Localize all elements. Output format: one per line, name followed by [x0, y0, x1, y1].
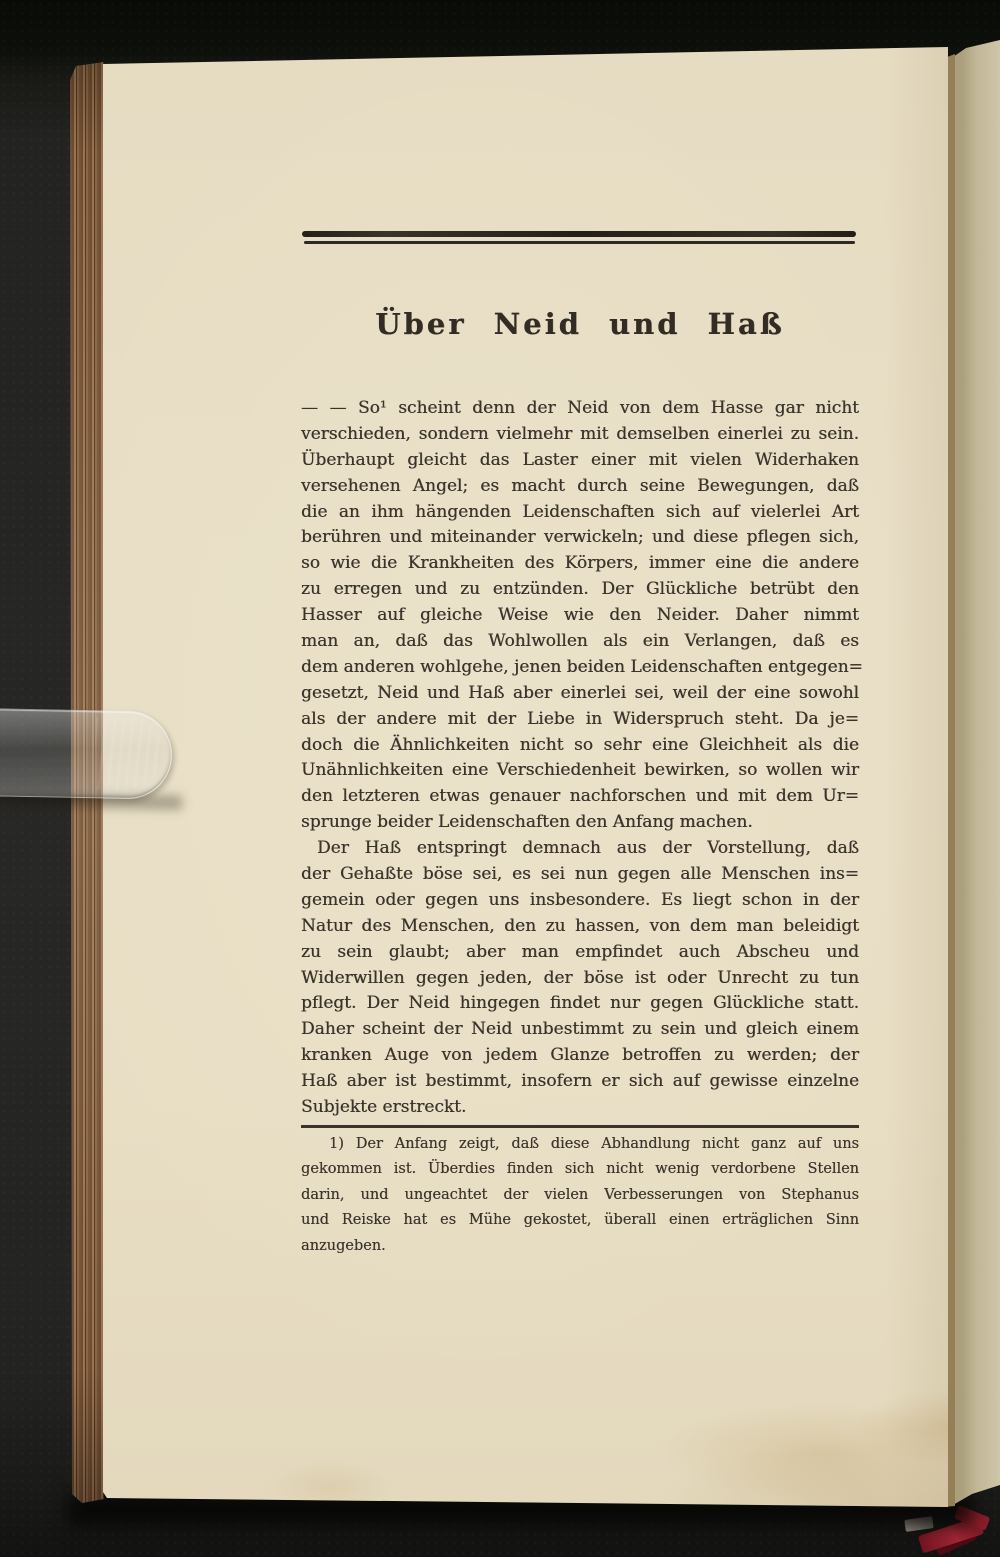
ornamental-rule-thick — [302, 231, 856, 237]
body-line: verschieden, sondern vielmehr mit demsel… — [301, 422, 859, 448]
body-line: kranken Auge von jedem Glanze betroffen … — [301, 1043, 859, 1069]
page-title: Über Neid und Haß — [301, 301, 859, 347]
footnote-rule — [301, 1125, 859, 1128]
body-line: berühren und miteinander verwickeln; und… — [301, 525, 859, 551]
body-line: versehenen Angel; es macht durch seine B… — [301, 474, 859, 500]
glass-page-holder — [0, 708, 173, 799]
footnote-line: anzugeben. — [301, 1234, 859, 1259]
body-line: doch die Ähnlichkeiten nicht so sehr ein… — [301, 733, 859, 759]
ornamental-rule-thin — [304, 241, 855, 244]
footnote-line: gekommen ist. Überdies finden sich nicht… — [301, 1157, 859, 1182]
body-line: so wie die Krankheiten des Körpers, imme… — [301, 551, 859, 577]
body-line: sprunge beider Leidenschaften den Anfang… — [301, 810, 859, 836]
body-line: Subjekte erstreckt. — [301, 1095, 859, 1121]
book-photo: Über Neid und Haß — — So¹ scheint denn d… — [0, 0, 1000, 1557]
body-line: den letzteren etwas genauer nachforschen… — [301, 784, 859, 810]
footnote-line: darin, und ungeachtet der vielen Verbess… — [301, 1183, 859, 1208]
body-text: — — So¹ scheint denn der Neid von dem Ha… — [301, 396, 859, 1121]
footnote-line: und Reiske hat es Mühe gekostet, überall… — [301, 1208, 859, 1233]
body-line: Widerwillen gegen jeden, der böse ist od… — [301, 966, 859, 992]
body-line: Unähnlichkeiten eine Verschiedenheit bew… — [301, 758, 859, 784]
body-line: zu erregen und zu entzünden. Der Glückli… — [301, 577, 859, 603]
footnote: 1) Der Anfang zeigt, daß diese Abhandlun… — [301, 1132, 859, 1259]
body-line: gemein oder gegen uns insbesondere. Es l… — [301, 888, 859, 914]
footnote-line: 1) Der Anfang zeigt, daß diese Abhandlun… — [301, 1132, 859, 1157]
body-line: Daher scheint der Neid unbestimmt zu sei… — [301, 1017, 859, 1043]
body-line: Der Haß entspringt demnach aus der Vorst… — [301, 836, 859, 862]
body-line: gesetzt, Neid und Haß aber einerlei sei,… — [301, 681, 859, 707]
body-line: dem anderen wohlgehe, jenen beiden Leide… — [301, 655, 859, 681]
body-line: als der andere mit der Liebe in Widerspr… — [301, 707, 859, 733]
body-line: Natur des Menschen, den zu hassen, von d… — [301, 914, 859, 940]
body-line: pflegt. Der Neid hingegen findet nur geg… — [301, 991, 859, 1017]
body-line: Haß aber ist bestimmt, insofern er sich … — [301, 1069, 859, 1095]
text-block: Über Neid und Haß — — So¹ scheint denn d… — [301, 0, 859, 1557]
body-line: man an, daß das Wohlwollen als ein Verla… — [301, 629, 859, 655]
body-line: Überhaupt gleicht das Laster einer mit v… — [301, 448, 859, 474]
body-line: Hasser auf gleiche Weise wie den Neider.… — [301, 603, 859, 629]
body-line: der Gehaßte böse sei, es sei nun gegen a… — [301, 862, 859, 888]
body-line: — — So¹ scheint denn der Neid von dem Ha… — [301, 396, 859, 422]
body-line: die an ihm hängenden Leidenschaften sich… — [301, 500, 859, 526]
body-line: zu sein glaubt; aber man empfindet auch … — [301, 940, 859, 966]
